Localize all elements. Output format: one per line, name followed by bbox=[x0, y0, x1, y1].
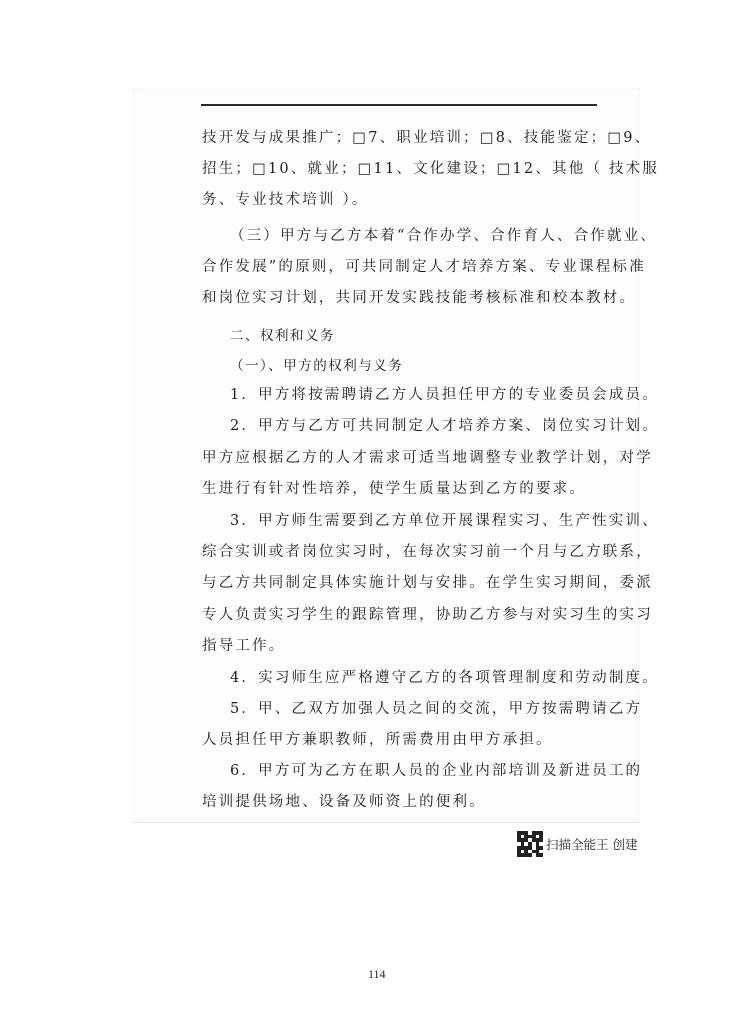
text-line: 生进行有针对性培养，使学生质量达到乙方的要求。 bbox=[202, 479, 586, 499]
header-rule bbox=[201, 104, 597, 106]
scanner-watermark: 扫描全能王 创建 bbox=[517, 831, 637, 857]
text-line: 务、专业技术培训 ）。 bbox=[202, 190, 369, 210]
text-line: 技开发与成果推广；□7、职业培训；□8、技能鉴定；□9、 bbox=[202, 128, 651, 148]
text-line: 综合实训或者岗位实习时，在每次实习前一个月与乙方联系， bbox=[202, 542, 653, 562]
text-line: 2．甲方与乙方可共同制定人才培养方案、岗位实习计划。 bbox=[230, 416, 659, 436]
watermark-text: 扫描全能王 创建 bbox=[546, 835, 637, 853]
text-line: 人员担任甲方兼职教师，所需费用由甲方承担。 bbox=[202, 730, 553, 750]
text-line: 合作发展”的原则，可共同制定人才培养方案、专业课程标准 bbox=[202, 257, 646, 277]
text-line: 1．甲方将按需聘请乙方人员担任甲方的专业委员会成员。 bbox=[230, 385, 659, 405]
text-line: （三）甲方与乙方本着“合作办学、合作育人、合作就业、 bbox=[230, 226, 657, 246]
text-line: 专人负责实习学生的跟踪管理，协助乙方参与对实习生的实习 bbox=[202, 605, 653, 625]
qr-code-icon bbox=[517, 831, 543, 857]
text-line: 指导工作。 bbox=[202, 636, 286, 656]
text-line: 5．甲、乙双方加强人员之间的交流，甲方按需聘请乙方 bbox=[230, 699, 642, 719]
subsection-heading: （一）、甲方的权利与义务 bbox=[230, 356, 403, 376]
text-line: 6．甲方可为乙方在职人员的企业内部培训及新进员工的 bbox=[230, 761, 642, 781]
section-heading: 二、权利和义务 bbox=[230, 326, 335, 346]
text-line: 4．实习师生应严格遵守乙方的各项管理制度和劳动制度。 bbox=[230, 668, 659, 688]
text-line: 培训提供场地、设备及师资上的便利。 bbox=[202, 792, 486, 812]
text-line: 和岗位实习计划，共同开发实践技能考核标准和校本教材。 bbox=[202, 288, 636, 308]
page-number: 114 bbox=[368, 967, 386, 982]
text-line: 与乙方共同制定具体实施计划与安排。在学生实习期间，委派 bbox=[202, 573, 653, 593]
text-line: 甲方应根据乙方的人才需求可适当地调整专业教学计划，对学 bbox=[202, 448, 653, 468]
text-line: 3．甲方师生需要到乙方单位开展课程实习、生产性实训、 bbox=[230, 511, 659, 531]
text-line: 招生；□10、就业；□11、文化建设；□12、其他（ 技术服 bbox=[202, 159, 659, 179]
